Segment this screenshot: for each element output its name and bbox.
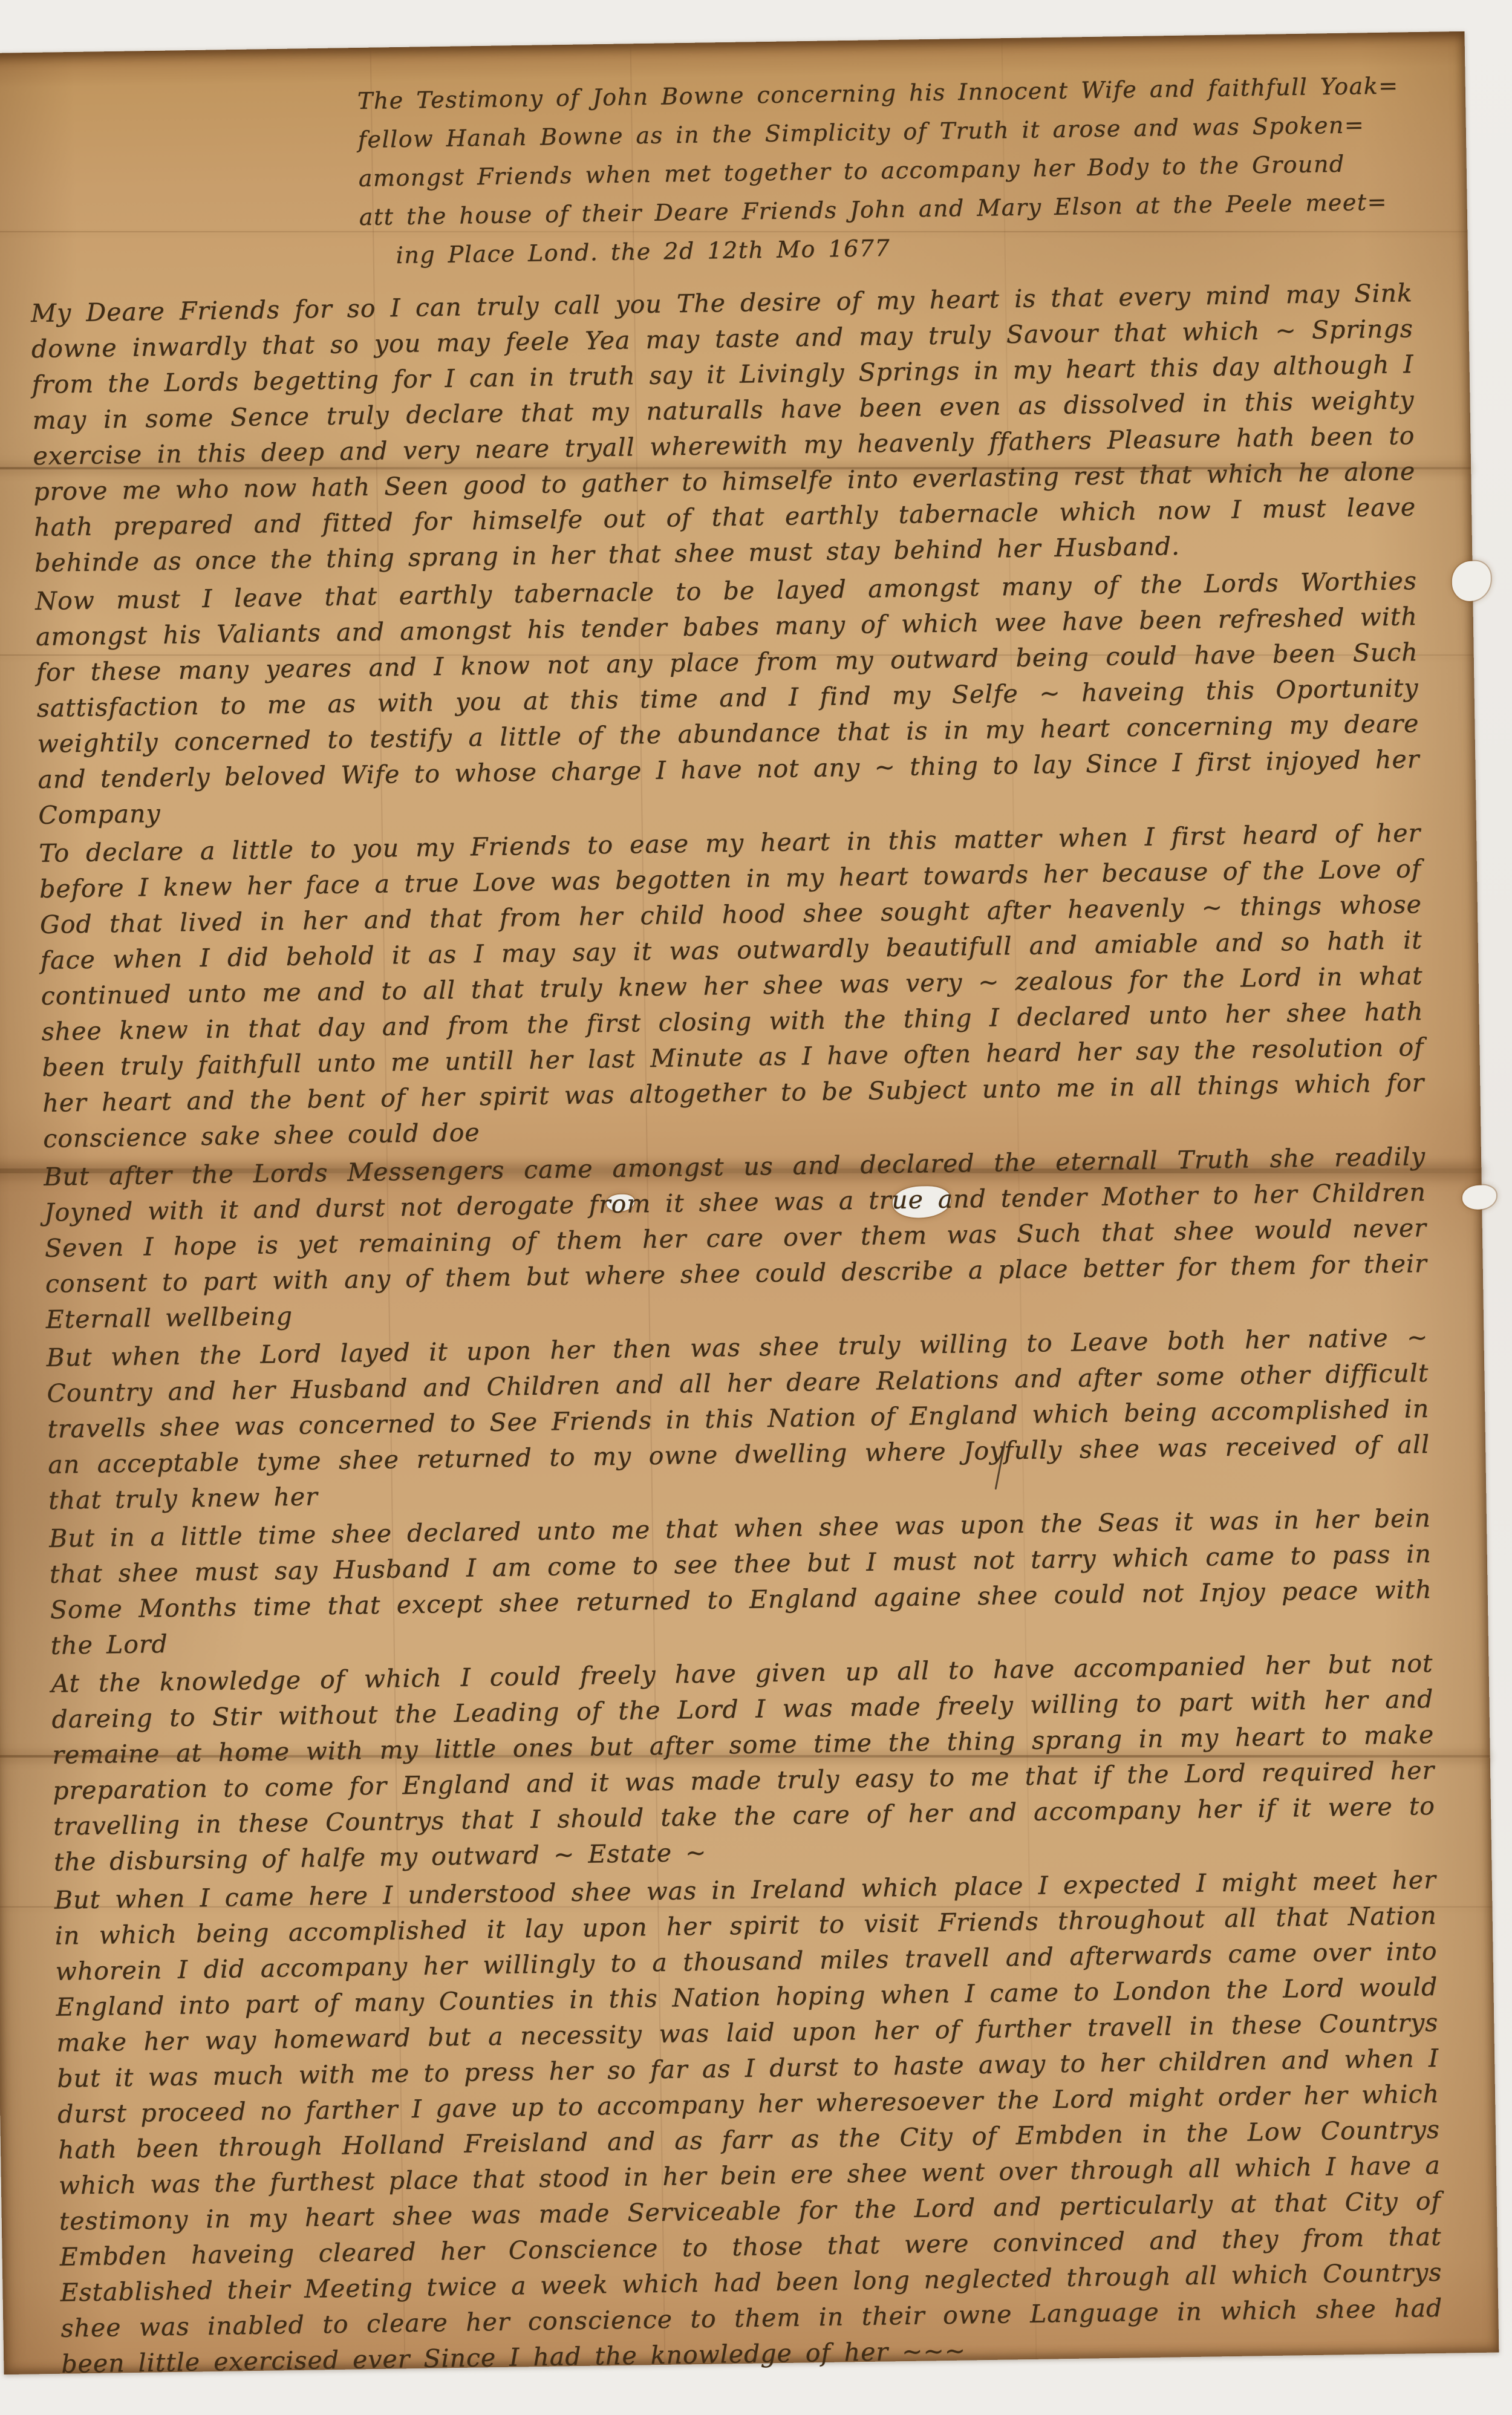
manuscript-paragraph: Now must I leave that earthly tabernacle… [35, 563, 1421, 833]
manuscript-text: The Testimony of John Bowne concerning h… [27, 66, 1443, 2384]
manuscript-paper: The Testimony of John Bowne concerning h… [0, 31, 1499, 2374]
manuscript-paragraph: But when I came here I understood shee w… [54, 1862, 1444, 2382]
scanned-page-background: The Testimony of John Bowne concerning h… [0, 0, 1512, 2415]
manuscript-paragraph: To declare a little to you my Friends to… [39, 815, 1426, 1157]
manuscript-paragraph: At the knowledge of which I could freely… [51, 1646, 1436, 1880]
manuscript-paragraph: But after the Lords Messengers came amon… [44, 1139, 1428, 1338]
paper-tear [1452, 561, 1491, 601]
document-heading: The Testimony of John Bowne concerning h… [357, 66, 1412, 275]
manuscript-paragraph: But when the Lord layed it upon her then… [46, 1320, 1430, 1519]
paper-tear [1462, 1185, 1497, 1210]
manuscript-paragraph: My Deare Friends for so I can truly call… [31, 275, 1417, 581]
manuscript-paragraph: But in a little time shee declared unto … [49, 1501, 1433, 1664]
